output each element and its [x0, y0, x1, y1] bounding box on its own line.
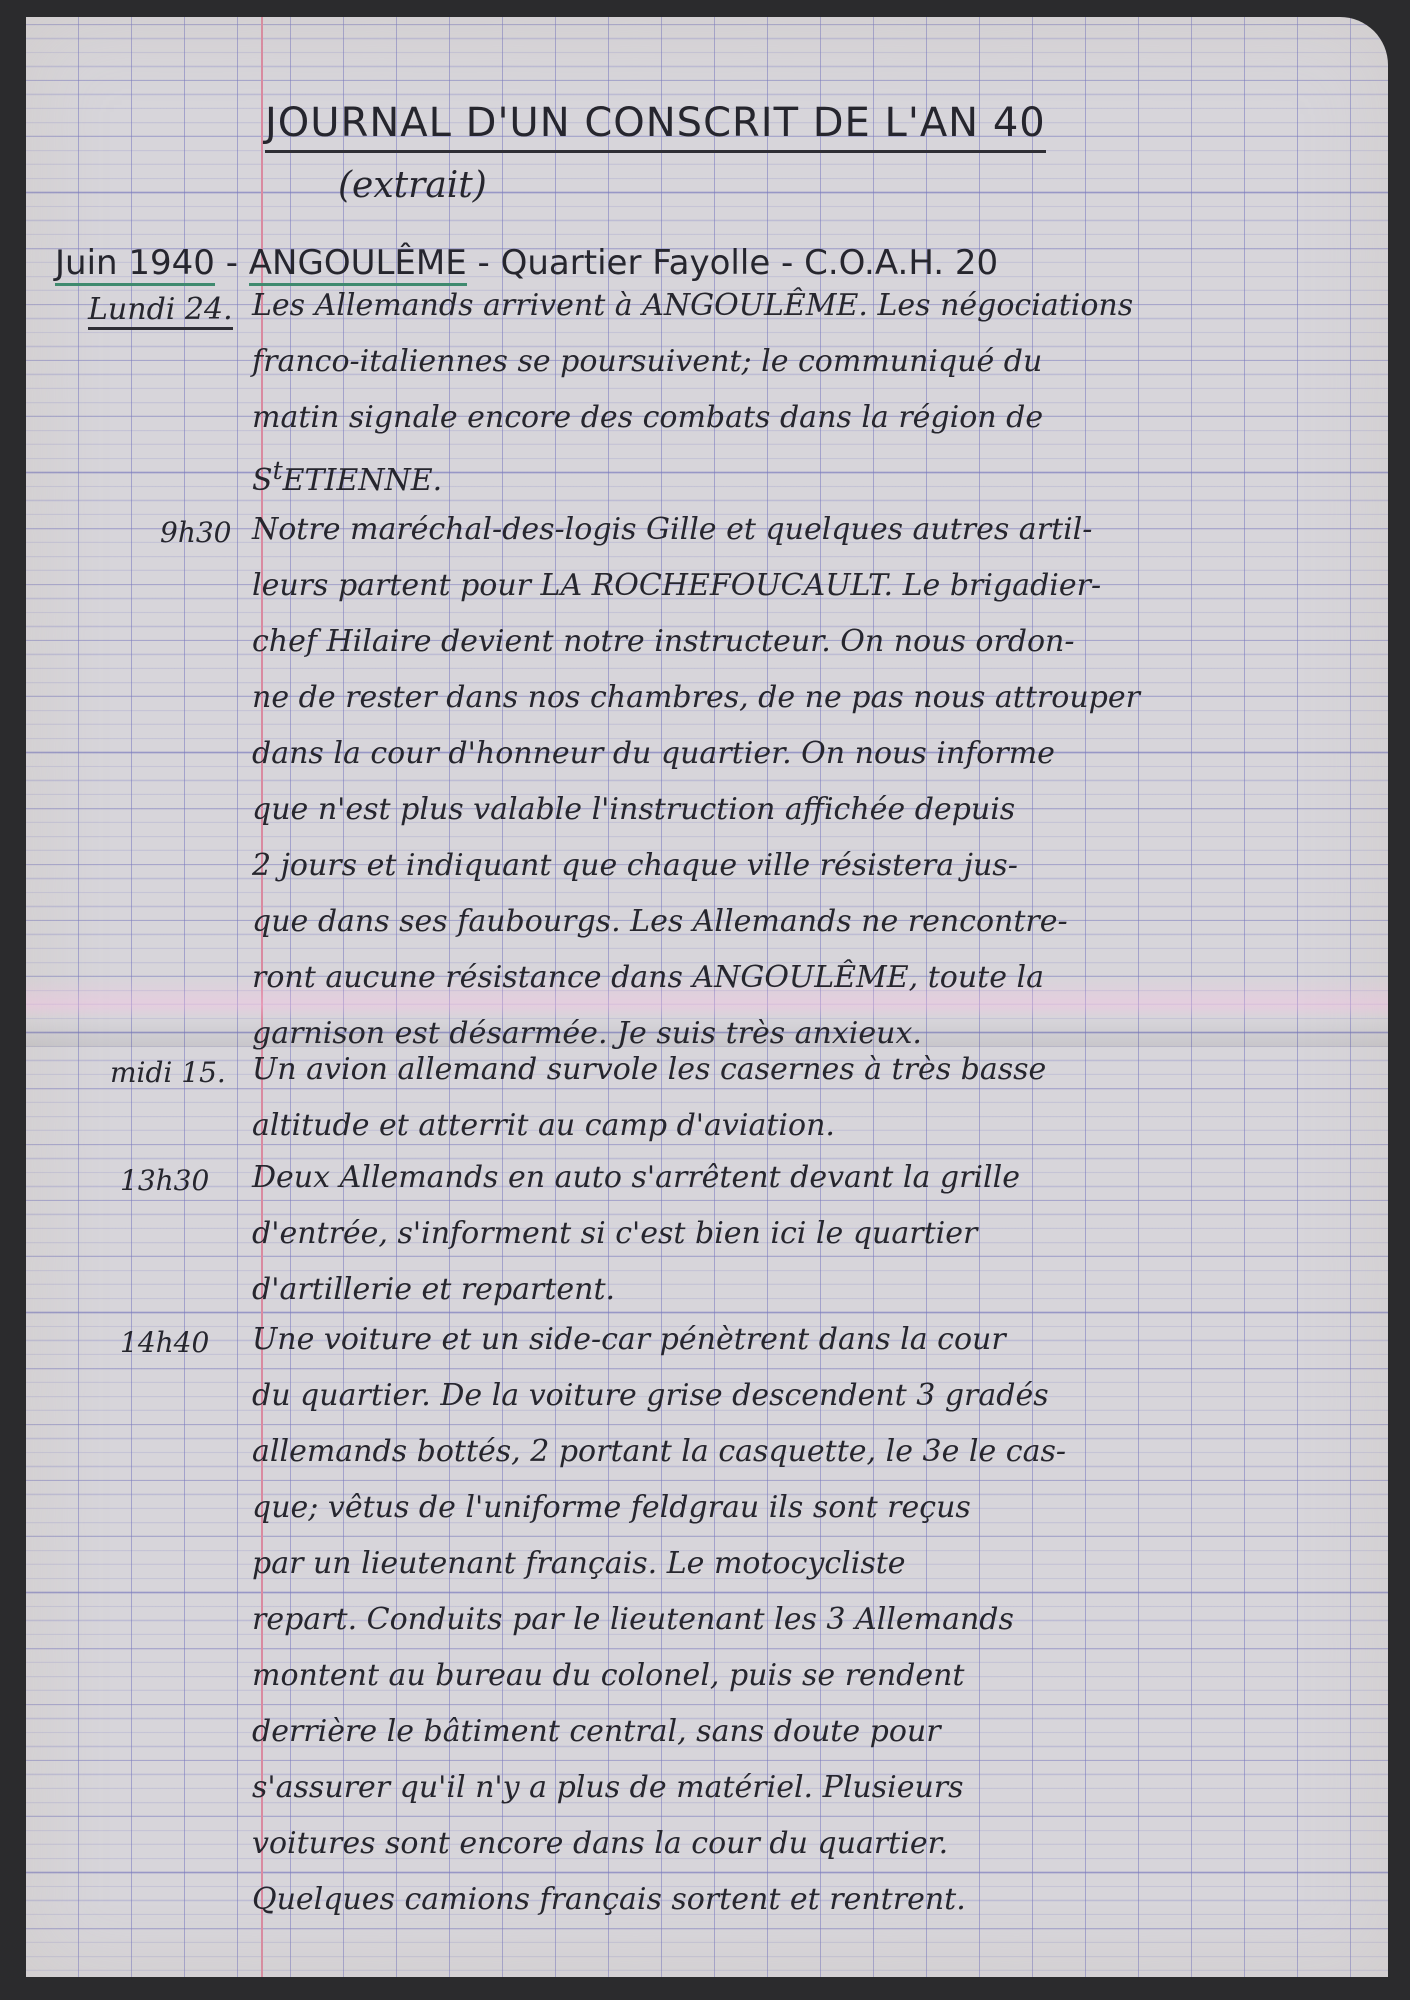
- entry-line: franco-italiennes se poursuivent; le com…: [252, 344, 1042, 379]
- entry-line: Notre maréchal-des-logis Gille et quelqu…: [252, 512, 1092, 547]
- header-separator: -: [215, 243, 249, 283]
- entry-line: s'assurer qu'il n'y a plus de matériel. …: [252, 1770, 964, 1805]
- entry-line: voitures sont encore dans la cour du qua…: [252, 1826, 948, 1861]
- entry-line: Les Allemands arrivent à ANGOULÊME. Les …: [252, 288, 1133, 323]
- entry-line: d'entrée, s'informent si c'est bien ici …: [252, 1216, 977, 1251]
- header-month: Juin 1940: [55, 243, 215, 286]
- header-city: ANGOULÊME: [249, 243, 467, 286]
- entry-time: 9h30: [160, 516, 231, 549]
- entry-line: matin signale encore des combats dans la…: [252, 400, 1043, 435]
- document-subtitle: (extrait): [338, 165, 487, 206]
- entry-line: que; vêtus de l'uniforme feldgrau ils so…: [252, 1490, 971, 1525]
- entry-line: leurs partent pour LA ROCHEFOUCAULT. Le …: [252, 568, 1101, 603]
- header-unit: C.O.A.H. 20: [804, 243, 998, 283]
- entry-line: 2 jours et indiquant que chaque ville ré…: [252, 848, 1018, 883]
- entry-line: StETIENNE.: [252, 456, 442, 498]
- entry-line: que dans ses faubourgs. Les Allemands ne…: [252, 904, 1068, 939]
- entry-line: par un lieutenant français. Le motocycli…: [252, 1546, 906, 1581]
- header-separator: -: [467, 243, 501, 283]
- entry-line: ne de rester dans nos chambres, de ne pa…: [252, 680, 1140, 715]
- header-barracks: Quartier Fayolle: [501, 243, 771, 283]
- entry-line: Une voiture et un side-car pénètrent dan…: [252, 1322, 1006, 1357]
- document-title: JOURNAL D'UN CONSCRIT DE L'AN 40: [265, 100, 1046, 153]
- entry-line: repart. Conduits par le lieutenant les 3…: [252, 1602, 1014, 1637]
- entry-line: montent au bureau du colonel, puis se re…: [252, 1658, 964, 1693]
- entry-line: garnison est désarmée. Je suis très anxi…: [252, 1016, 922, 1051]
- entry-line: Un avion allemand survole les casernes à…: [252, 1052, 1046, 1087]
- entry-line: que n'est plus valable l'instruction aff…: [252, 792, 1015, 827]
- entry-time: Lundi 24.: [88, 292, 233, 330]
- entry-line: dans la cour d'honneur du quartier. On n…: [252, 736, 1055, 771]
- entry-line: du quartier. De la voiture grise descend…: [252, 1378, 1049, 1413]
- entry-line: derrière le bâtiment central, sans doute…: [252, 1714, 941, 1749]
- entry-line: d'artillerie et repartent.: [252, 1272, 615, 1307]
- entry-time: 14h40: [120, 1326, 209, 1359]
- entry-line: altitude et atterrit au camp d'aviation.: [252, 1108, 835, 1143]
- entry-line: chef Hilaire devient notre instructeur. …: [252, 624, 1075, 659]
- entry-line: ront aucune résistance dans ANGOULÊME, t…: [252, 960, 1044, 995]
- entry-line: Deux Allemands en auto s'arrêtent devant…: [252, 1160, 1020, 1195]
- entry-line: Quelques camions français sortent et ren…: [252, 1882, 966, 1917]
- location-header: Juin 1940 - ANGOULÊME - Quartier Fayolle…: [55, 243, 998, 283]
- entry-time: 13h30: [120, 1164, 209, 1197]
- entry-line: allemands bottés, 2 portant la casquette…: [252, 1434, 1066, 1469]
- entry-time: midi 15.: [110, 1056, 226, 1089]
- header-separator: -: [770, 243, 804, 283]
